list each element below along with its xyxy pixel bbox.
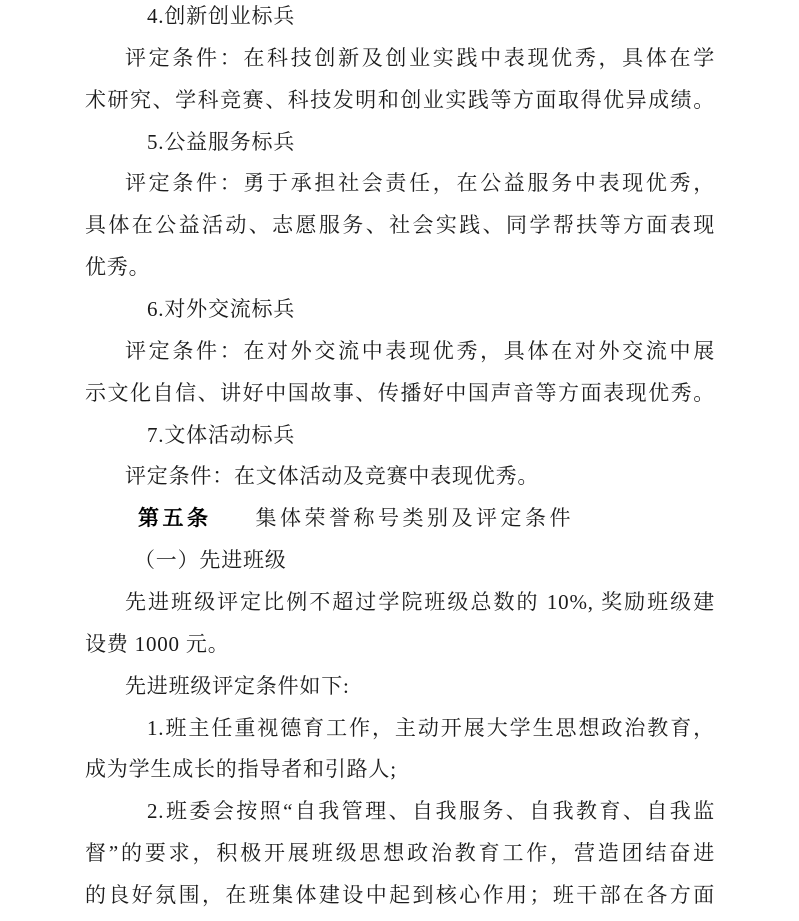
text-line: 的良好氛围，在班集体建设中起到核心作用；班干部在各方面 (85, 875, 715, 917)
paragraph: 评定条件：在文体活动及竞赛中表现优秀。 (85, 456, 715, 498)
paragraph: 先进班级评定比例不超过学院班级总数的 10%, 奖励班级建设费 1000 元。 (85, 582, 715, 666)
text-line: 先进班级评定条件如下: (85, 666, 715, 708)
paragraph: 先进班级评定条件如下: (85, 666, 715, 708)
text-line: 先进班级评定比例不超过学院班级总数的 10%, 奖励班级建 (85, 582, 715, 624)
text-line: 评定条件：在对外交流中表现优秀，具体在对外交流中展 (85, 331, 715, 373)
text-line: 5.公益服务标兵 (85, 122, 715, 164)
text-line: 1.班主任重视德育工作，主动开展大学生思想政治教育， (85, 708, 715, 750)
text-line: 成为学生成长的指导者和引路人; (85, 749, 715, 791)
text-line: 设费 1000 元。 (85, 624, 715, 666)
article-title: 集体荣誉称号类别及评定条件 (256, 506, 575, 530)
text-line: 评定条件：在科技创新及创业实践中表现优秀，具体在学 (85, 38, 715, 80)
text-line: 示文化自信、讲好中国故事、传播好中国声音等方面表现优秀。 (85, 373, 715, 415)
paragraph: 1.班主任重视德育工作，主动开展大学生思想政治教育，成为学生成长的指导者和引路人… (85, 708, 715, 792)
paragraph: 6.对外交流标兵 (85, 289, 715, 331)
text-line: 6.对外交流标兵 (85, 289, 715, 331)
paragraph: 2.班委会按照“自我管理、自我服务、自我教育、自我监督”的要求，积极开展班级思想… (85, 791, 715, 917)
article-heading: 第五条集体荣誉称号类别及评定条件 (85, 498, 715, 540)
article-number: 第五条 (138, 506, 212, 530)
paragraph: 4.创新创业标兵 (85, 0, 715, 38)
paragraph: 评定条件：勇于承担社会责任，在公益服务中表现优秀，具体在公益活动、志愿服务、社会… (85, 163, 715, 289)
text-line: 4.创新创业标兵 (85, 0, 715, 38)
paragraph: 评定条件：在科技创新及创业实践中表现优秀，具体在学术研究、学科竞赛、科技发明和创… (85, 38, 715, 122)
text-line: 优秀。 (85, 247, 715, 289)
text-line: 第五条集体荣誉称号类别及评定条件 (85, 498, 715, 540)
document-page: 4.创新创业标兵评定条件：在科技创新及创业实践中表现优秀，具体在学术研究、学科竞… (0, 0, 799, 921)
paragraph: （一）先进班级 (85, 540, 715, 582)
document-body: 4.创新创业标兵评定条件：在科技创新及创业实践中表现优秀，具体在学术研究、学科竞… (85, 0, 715, 917)
text-line: 2.班委会按照“自我管理、自我服务、自我教育、自我监 (85, 791, 715, 833)
paragraph: 评定条件：在对外交流中表现优秀，具体在对外交流中展示文化自信、讲好中国故事、传播… (85, 331, 715, 415)
text-line: 具体在公益活动、志愿服务、社会实践、同学帮扶等方面表现 (85, 205, 715, 247)
text-line: 术研究、学科竞赛、科技发明和创业实践等方面取得优异成绩。 (85, 80, 715, 122)
paragraph: 7.文体活动标兵 (85, 415, 715, 457)
text-line: 评定条件：在文体活动及竞赛中表现优秀。 (85, 456, 715, 498)
text-line: 评定条件：勇于承担社会责任，在公益服务中表现优秀， (85, 163, 715, 205)
text-line: 7.文体活动标兵 (85, 415, 715, 457)
paragraph: 5.公益服务标兵 (85, 122, 715, 164)
text-line: （一）先进班级 (85, 540, 715, 582)
text-line: 督”的要求，积极开展班级思想政治教育工作，营造团结奋进 (85, 833, 715, 875)
heading-spacer (212, 524, 256, 525)
